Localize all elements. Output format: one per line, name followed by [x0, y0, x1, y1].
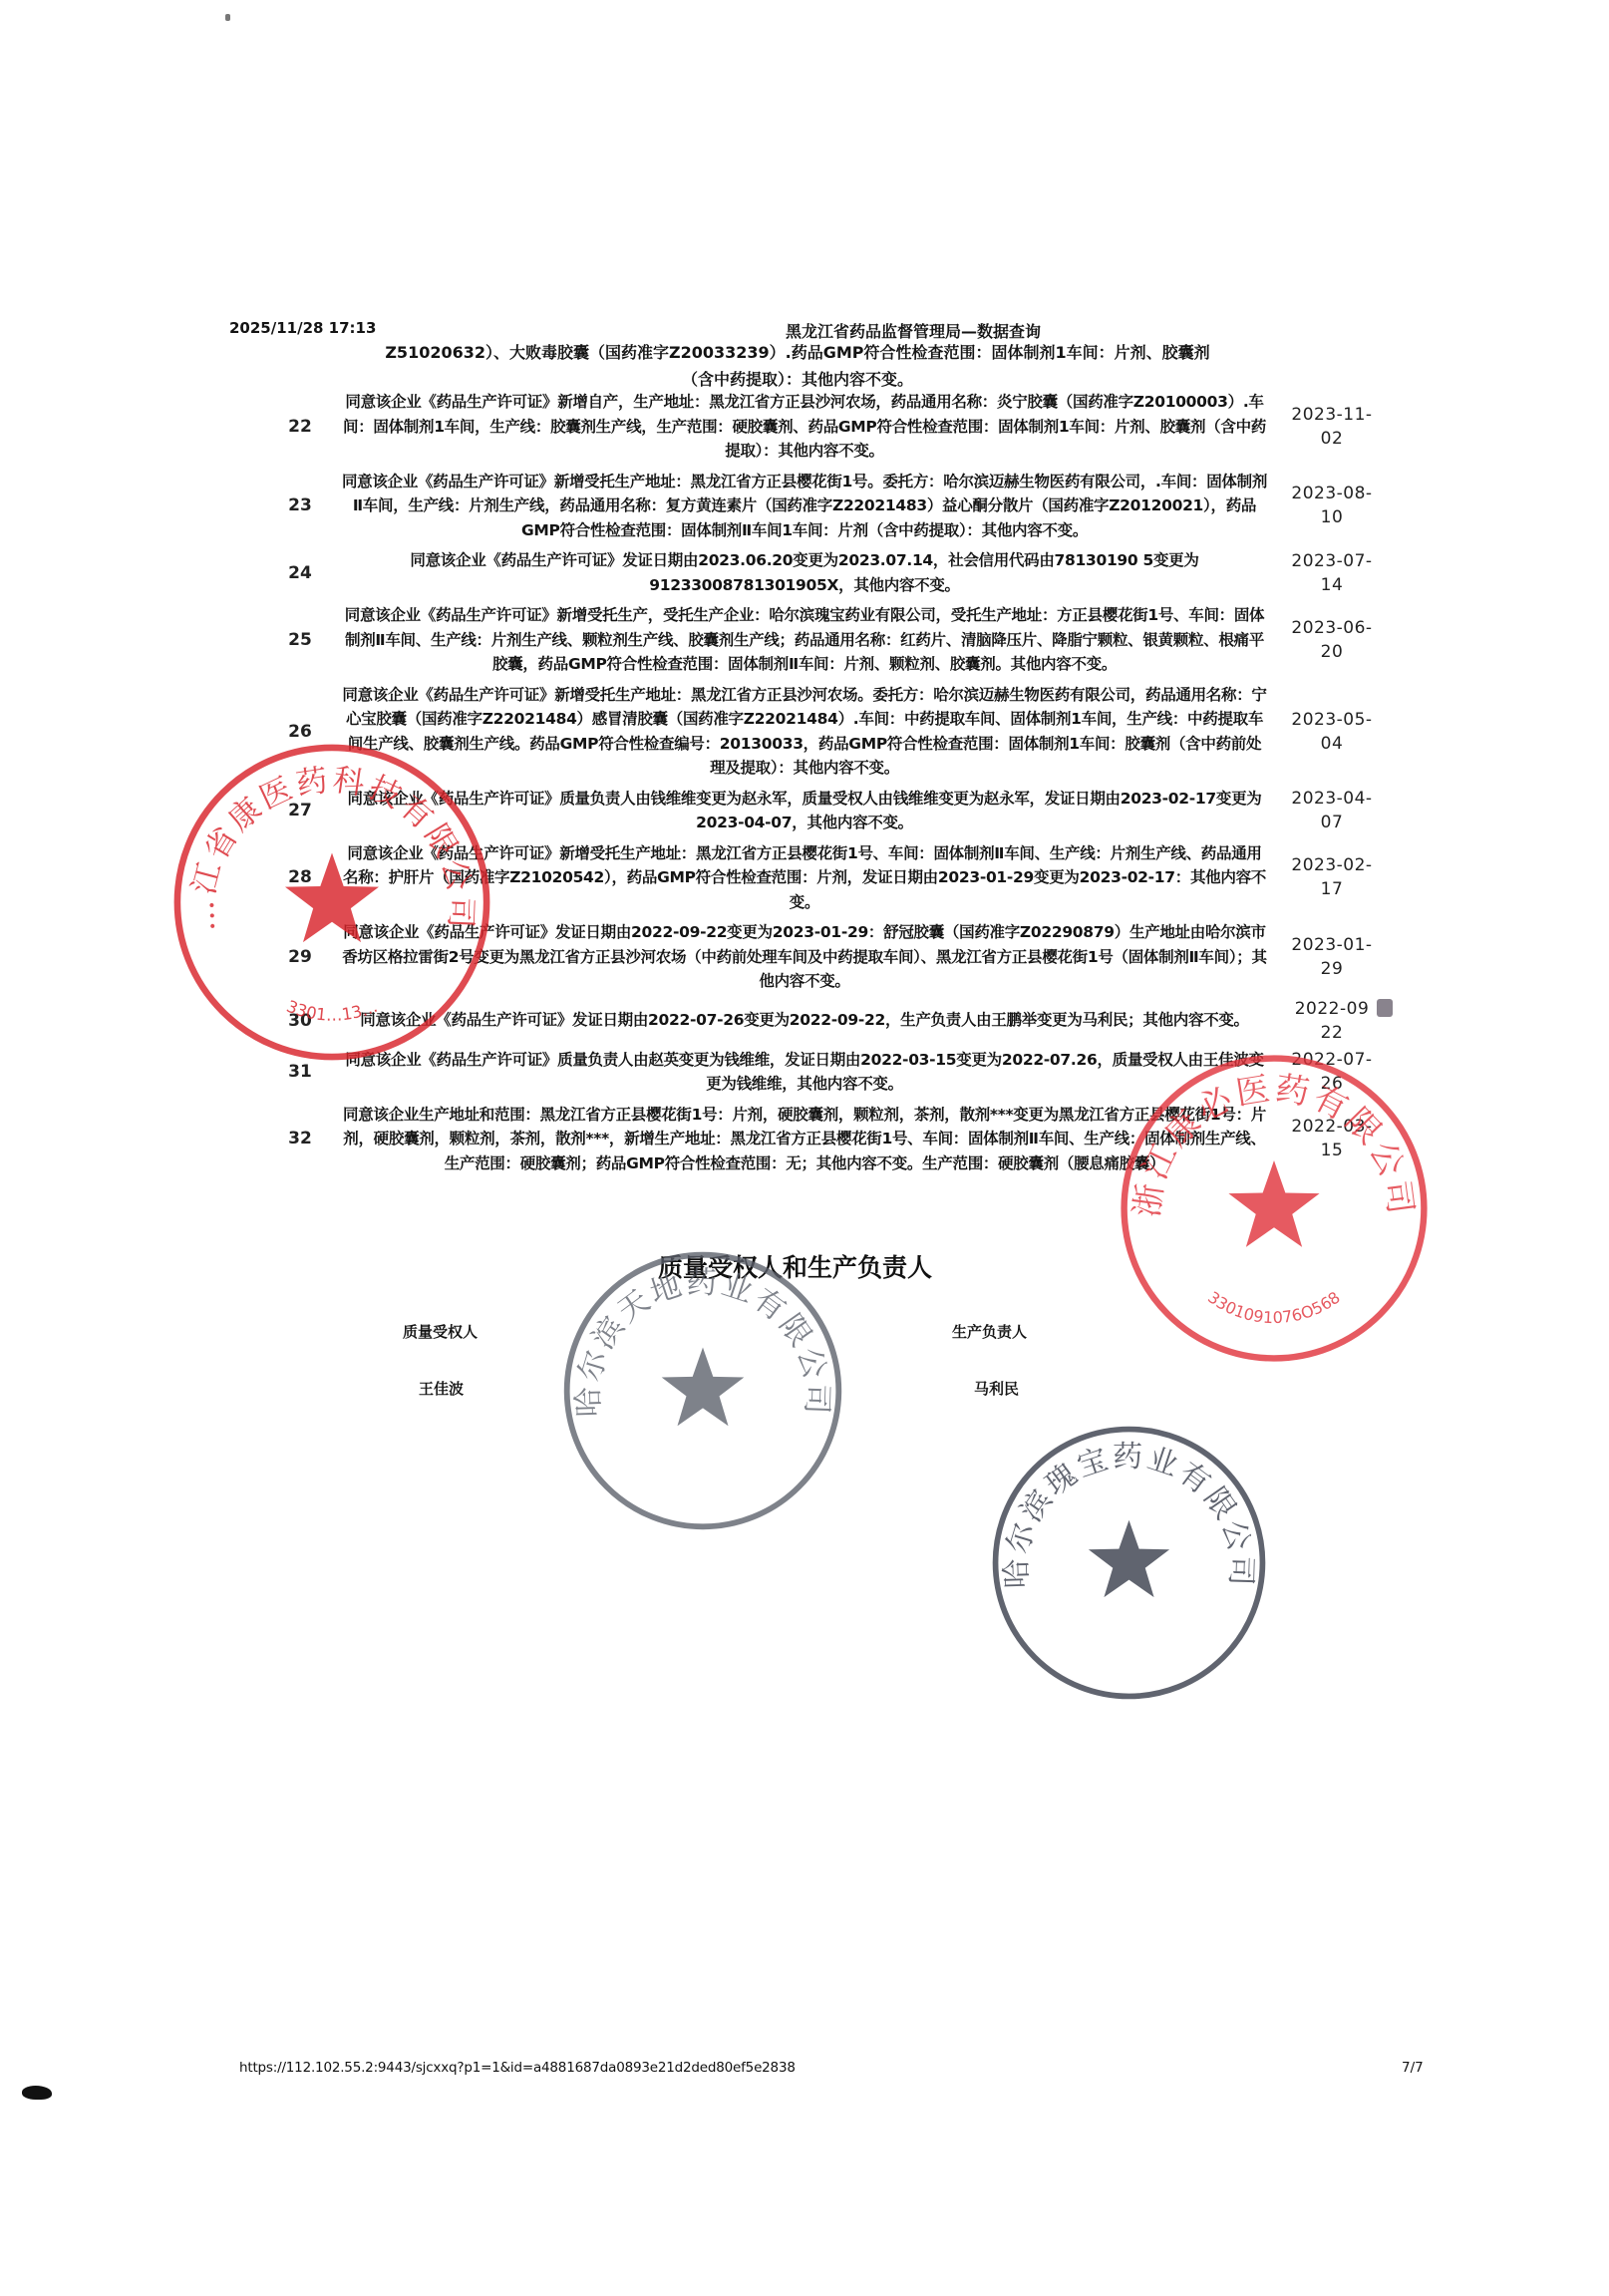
record-number: 31: [259, 1062, 341, 1082]
footer-url: https://112.102.55.2:9443/sjcxxq?p1=1&id…: [239, 2060, 796, 2076]
scan-blot: [22, 2086, 52, 2100]
table-row: 24同意该企业《药品生产许可证》发证日期由2023.06.20变更为2023.0…: [259, 545, 1406, 600]
record-number: 25: [259, 630, 341, 650]
record-description: 同意该企业《药品生产许可证》新增受托生产地址：黑龙江省方正县樱花街1号、车间：固…: [341, 838, 1268, 918]
svg-text:3301091076O568: 3301091076O568: [1204, 1288, 1344, 1328]
table-row: 25同意该企业《药品生产许可证》新增受托生产，受托生产企业：哈尔滨瑰宝药业有限公…: [259, 600, 1406, 680]
record-number: 24: [259, 563, 341, 583]
continuation-line: Z51020632）、大败毒胶囊（国药准字Z20033239）.药品GMP符合性…: [319, 339, 1276, 366]
record-description: 同意该企业《药品生产许可证》质量负责人由钱维维变更为赵永军，质量受权人由钱维维变…: [341, 784, 1268, 838]
record-date: 2022-07-26: [1282, 1048, 1382, 1096]
record-number: 32: [259, 1129, 341, 1148]
svg-text:哈尔滨天地药业有限公司: 哈尔滨天地药业有限公司: [571, 1266, 834, 1418]
record-number: 27: [259, 801, 341, 820]
table-row: 22同意该企业《药品生产许可证》新增自产，生产地址：黑龙江省方正县沙河农场，药品…: [259, 387, 1406, 467]
record-description: 同意该企业《药品生产许可证》新增受托生产，受托生产企业：哈尔滨瑰宝药业有限公司，…: [341, 600, 1268, 680]
record-date: 2023-07-14: [1282, 549, 1382, 597]
table-row: 27同意该企业《药品生产许可证》质量负责人由钱维维变更为赵永军，质量受权人由钱维…: [259, 784, 1406, 838]
seal-icon: 哈尔滨天地药业有限公司: [558, 1246, 847, 1535]
seal-icon: 哈尔滨瑰宝药业有限公司: [987, 1421, 1271, 1705]
record-description: 同意该企业《药品生产许可证》新增自产，生产地址：黑龙江省方正县沙河农场，药品通用…: [341, 387, 1268, 467]
production-name: 马利民: [974, 1378, 1019, 1399]
qr-code-icon: [1377, 999, 1393, 1017]
record-description: 同意该企业《药品生产许可证》新增受托生产地址：黑龙江省方正县沙河农场。委托方：哈…: [341, 680, 1268, 784]
record-number: 29: [259, 947, 341, 967]
record-description: 同意该企业《药品生产许可证》发证日期由2022-09-22变更为2023-01-…: [341, 917, 1268, 997]
table-row: 30同意该企业《药品生产许可证》发证日期由2022-07-26变更为2022-0…: [259, 997, 1406, 1045]
record-date: 2022-0922: [1282, 997, 1382, 1045]
company-seal-tiandi: 哈尔滨天地药业有限公司: [558, 1246, 847, 1535]
table-row: 29同意该企业《药品生产许可证》发证日期由2022-09-22变更为2023-0…: [259, 917, 1406, 997]
record-date: 2022-03-15: [1282, 1115, 1382, 1162]
table-row: 23同意该企业《药品生产许可证》新增受托生产地址：黑龙江省方正县樱花街1号。委托…: [259, 467, 1406, 546]
record-description: 同意该企业《药品生产许可证》新增受托生产地址：黑龙江省方正县樱花街1号。委托方：…: [341, 467, 1268, 546]
record-date: 2023-02-17: [1282, 853, 1382, 901]
qa-label: 质量受权人: [403, 1321, 478, 1342]
record-number: 23: [259, 495, 341, 515]
record-number: 30: [259, 1011, 341, 1031]
change-records-table: 22同意该企业《药品生产许可证》新增自产，生产地址：黑龙江省方正县沙河农场，药品…: [259, 387, 1406, 1178]
table-row: 31同意该企业《药品生产许可证》质量负责人由赵英变更为钱维维，发证日期由2022…: [259, 1045, 1406, 1100]
record-date: 2023-11-02: [1282, 403, 1382, 451]
record-date: 2023-05-04: [1282, 708, 1382, 756]
record-date: 2023-06-20: [1282, 616, 1382, 664]
record-description: 同意该企业《药品生产许可证》发证日期由2022-07-26变更为2022-09-…: [341, 1005, 1268, 1036]
page-number: 7/7: [1402, 2060, 1424, 2076]
scan-speck: [225, 14, 230, 21]
record-description: 同意该企业《药品生产许可证》质量负责人由赵英变更为钱维维，发证日期由2022-0…: [341, 1045, 1268, 1100]
record-number: 22: [259, 417, 341, 437]
qa-name: 王佳波: [419, 1378, 464, 1399]
record-description: 同意该企业《药品生产许可证》发证日期由2023.06.20变更为2023.07.…: [341, 545, 1268, 600]
table-row: 28同意该企业《药品生产许可证》新增受托生产地址：黑龙江省方正县樱花街1号、车间…: [259, 838, 1406, 918]
record-date: 2023-01-29: [1282, 933, 1382, 981]
record-number: 26: [259, 722, 341, 742]
table-row: 32同意该企业生产地址和范围：黑龙江省方正县樱花街1号：片剂，硬胶囊剂，颗粒剂，…: [259, 1100, 1406, 1179]
production-label: 生产负责人: [952, 1321, 1027, 1342]
table-row: 26同意该企业《药品生产许可证》新增受托生产地址：黑龙江省方正县沙河农场。委托方…: [259, 680, 1406, 784]
svg-text:哈尔滨瑰宝药业有限公司: 哈尔滨瑰宝药业有限公司: [999, 1440, 1258, 1589]
section-title: 质量受权人和生产负责人: [658, 1248, 932, 1284]
print-datetime: 2025/11/28 17:13: [229, 319, 376, 337]
record-number: 28: [259, 867, 341, 887]
record-date: 2023-08-10: [1282, 482, 1382, 529]
record-description: 同意该企业生产地址和范围：黑龙江省方正县樱花街1号：片剂，硬胶囊剂，颗粒剂，茶剂…: [341, 1100, 1268, 1179]
record-21-continuation: Z51020632）、大败毒胶囊（国药准字Z20033239）.药品GMP符合性…: [319, 339, 1276, 393]
company-seal-guibao: 哈尔滨瑰宝药业有限公司: [987, 1421, 1271, 1705]
record-date: 2023-04-07: [1282, 787, 1382, 834]
